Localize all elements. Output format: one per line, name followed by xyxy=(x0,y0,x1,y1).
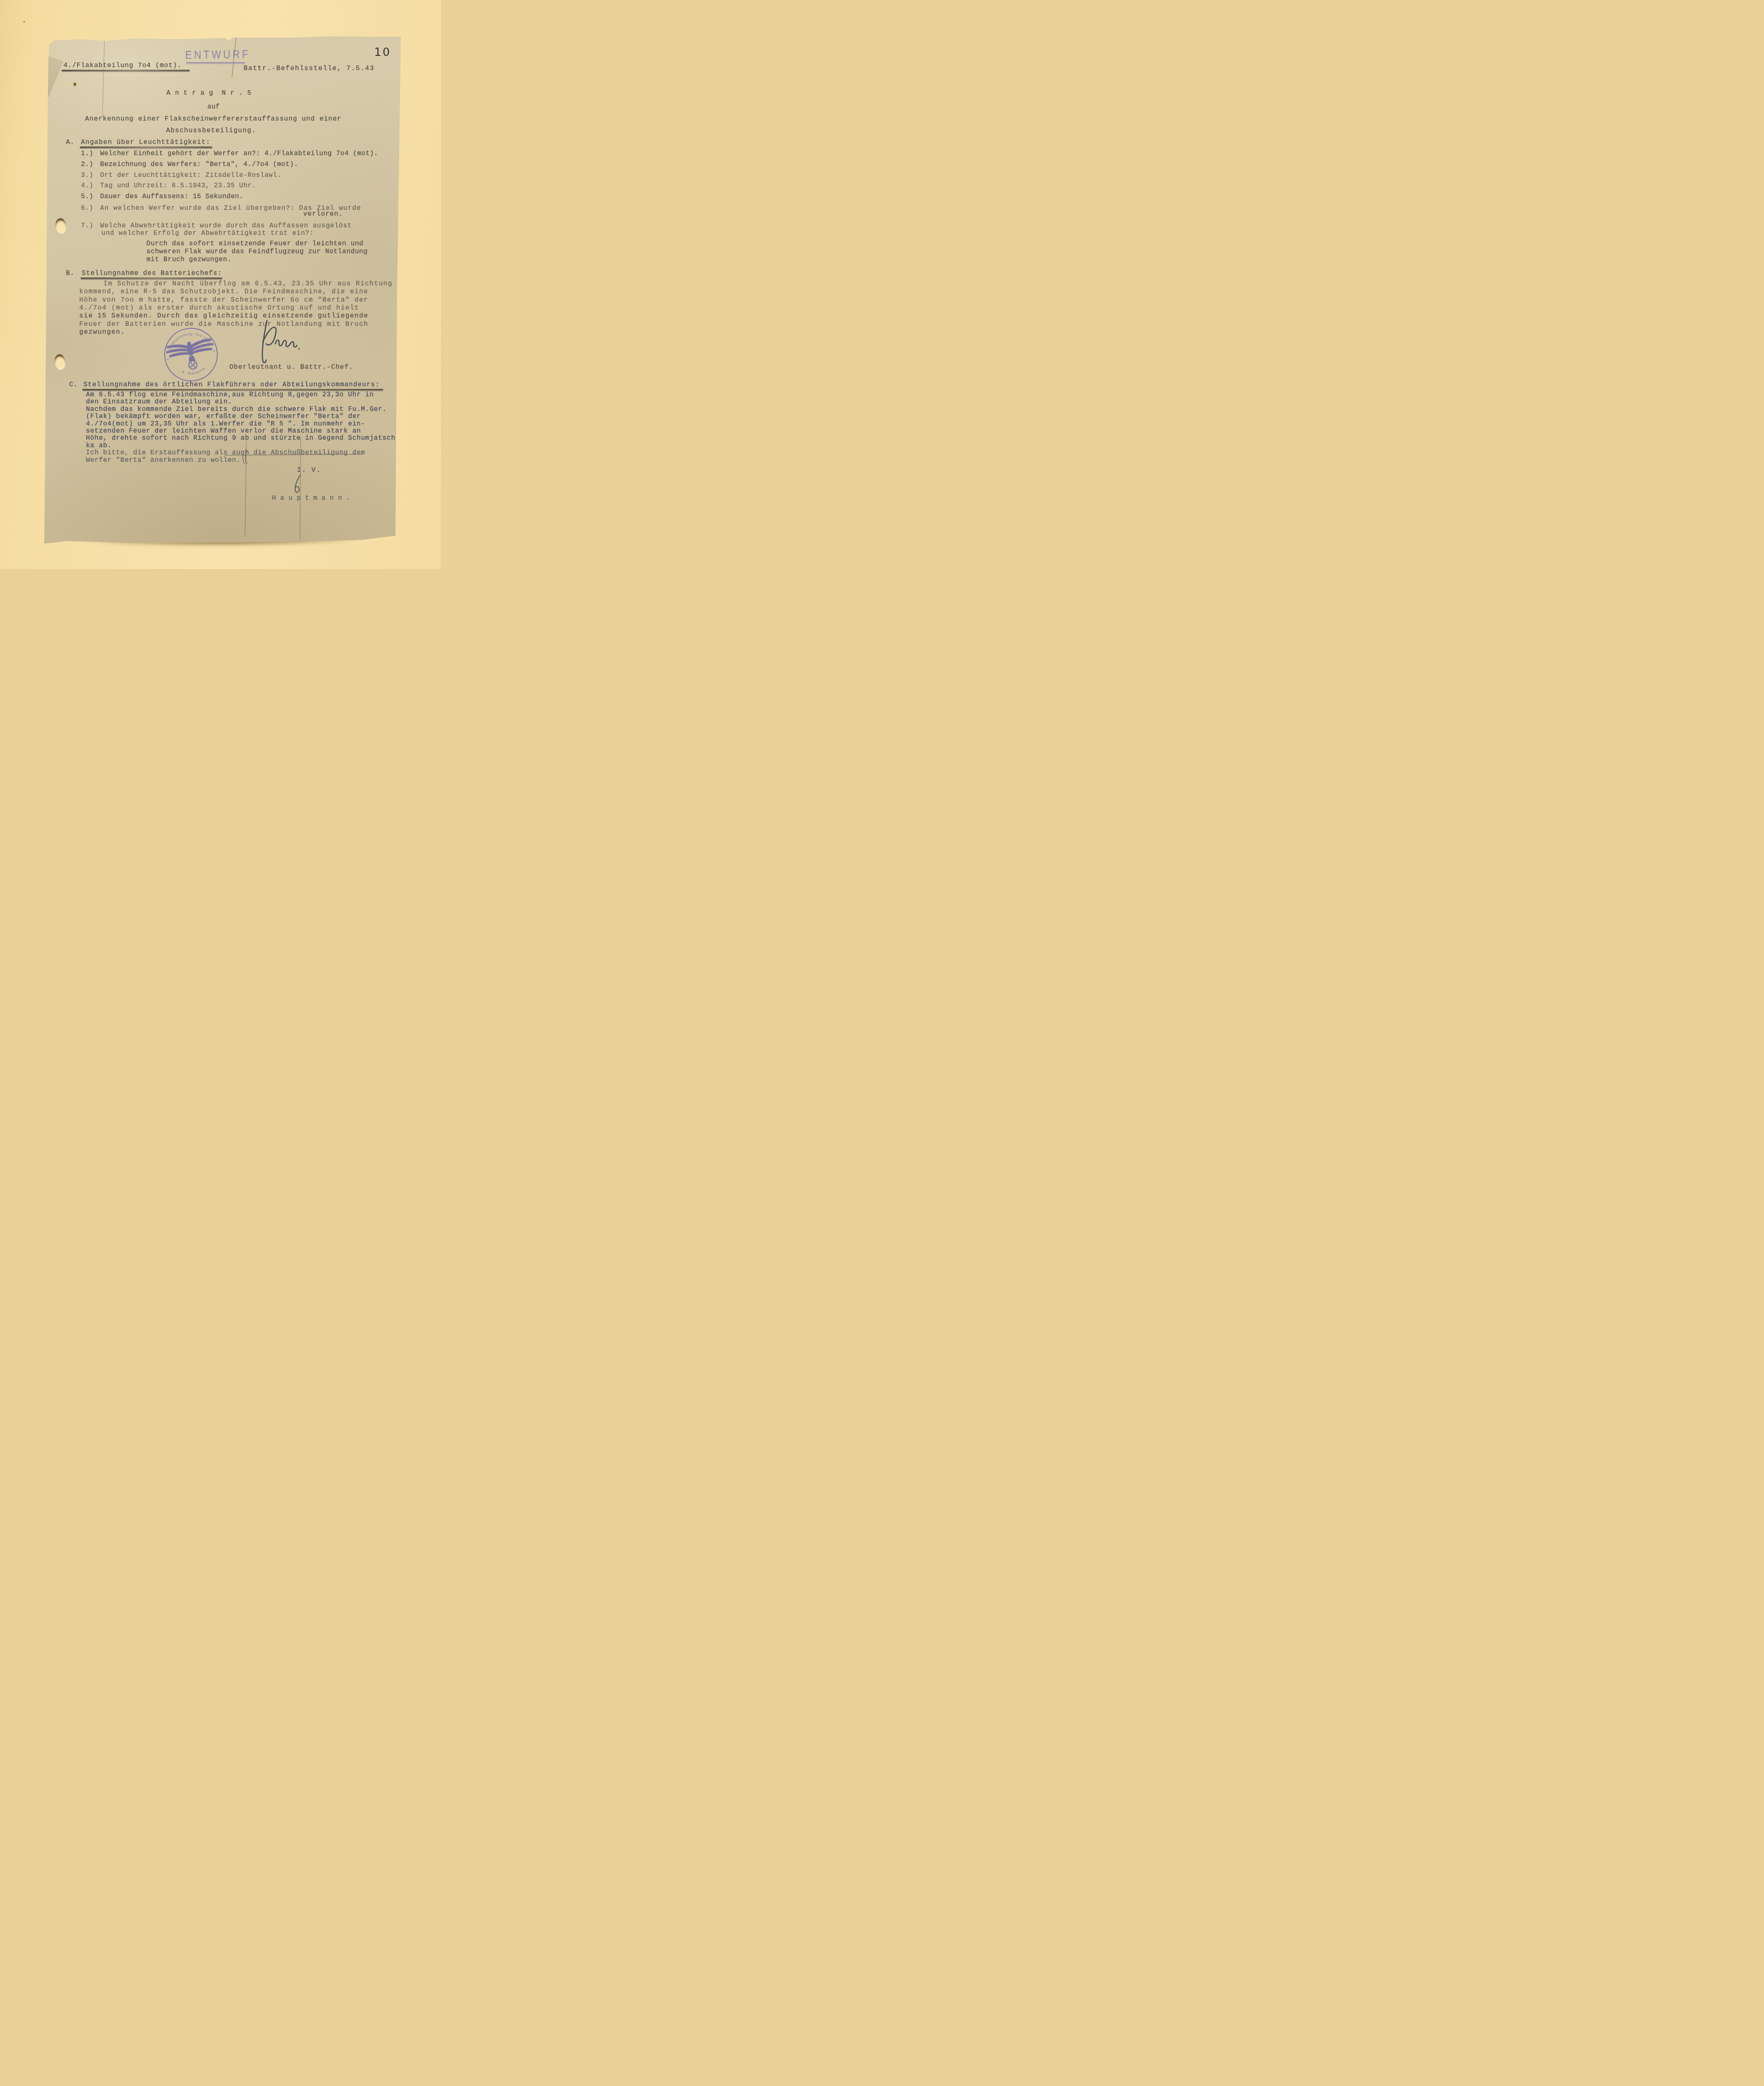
title-line1: A n t r a g N r . 5 xyxy=(166,90,252,97)
title-line2: auf xyxy=(207,103,220,111)
handwritten-paraph xyxy=(241,451,250,465)
item-6-text2: verloren. xyxy=(303,211,343,218)
draft-stamp-underline xyxy=(186,62,245,63)
c-line-3: Nachdem das kommende Ziel bereits durch … xyxy=(86,406,387,413)
section-c-letter: C. xyxy=(69,381,78,388)
c-line-1: Am 6.5.43 flog eine Feindmaschine,aus Ri… xyxy=(86,391,374,398)
section-b-letter: B. xyxy=(66,270,74,277)
iv-label: I. V. xyxy=(297,467,321,474)
punch-hole-bottom xyxy=(54,353,67,370)
ink-stain xyxy=(73,83,76,86)
seal-star-right: ★ xyxy=(213,350,216,353)
iv-signature-flourish xyxy=(288,474,309,495)
item-4-text: Tag und Uhrzeit: 6.5.1943, 23.35 Uhr. xyxy=(100,182,256,189)
b-line-5: sie 15 Sekunden. Durch das gleichzeitig … xyxy=(79,312,368,320)
item-2-text: Bezeichnung des Werfers: "Berta", 4./7o4… xyxy=(100,161,298,168)
section-a-underline xyxy=(80,146,212,148)
corner-fold xyxy=(45,53,65,103)
title-line4: Abschussbeteiligung. xyxy=(166,127,256,134)
b-line-4: 4./7o4 (mot) als erster durch akustische… xyxy=(79,305,359,312)
section-c-heading: Stellungnahme des örtlichen Flakführers … xyxy=(83,381,380,388)
page-number: 10 xyxy=(374,46,391,59)
b-line-7: gezwungen. xyxy=(79,329,125,336)
section-b-underline xyxy=(81,277,222,279)
backdrop-speck xyxy=(23,21,25,23)
header-unit-underline xyxy=(61,70,190,71)
scan-backdrop: ENTWURF 10 4./Flakabteilung 7o4 (mot). B… xyxy=(0,0,441,569)
c-line-2: den Einsatzraum der Abteilung ein. xyxy=(86,398,232,406)
item-3-text: Ort der Leuchttätigkeit: Zitadelle-Rosla… xyxy=(100,172,281,179)
item-7-num: 7.) xyxy=(81,222,93,229)
c-line-4: (Flak) bekämpft worden war, erfaßte der … xyxy=(86,413,361,420)
item-5-text: Dauer des Auffassens: 15 Sekunden. xyxy=(100,193,243,200)
draft-stamp-text: ENTWURF xyxy=(185,48,250,62)
header-place-date: Battr.-Befehlsstelle, 7.5.43 xyxy=(244,65,375,72)
unit-seal-stamp: I./Flakabteilung 704 (mot) 4. Batterie ★… xyxy=(156,320,226,390)
item-1-num: 1.) xyxy=(81,150,93,157)
b-line-6: Feuer der Batterien wurde die Maschine z… xyxy=(79,321,368,328)
item-2-num: 2.) xyxy=(81,161,93,168)
answer-line-3: mit Bruch gezwungen. xyxy=(146,256,232,263)
c-line-8: ka ab. xyxy=(86,442,112,449)
c-signature-role: H a u p t m a n n . xyxy=(272,495,350,502)
b-line-2: kommend, eine R-5 das Schutzobjekt. Die … xyxy=(79,288,368,295)
b-line-1: Im Schutze der Nacht überflog am 6.5.43,… xyxy=(103,280,402,287)
battery-chief-signature xyxy=(249,318,315,366)
item-7-text2: und welcher Erfolg der Abwehrtätigkeit t… xyxy=(101,230,314,237)
answer-line-1: Durch das sofort einsetzende Feuer der l… xyxy=(146,240,363,247)
header-unit: 4./Flakabteilung 7o4 (mot). xyxy=(63,62,182,69)
section-c-underline xyxy=(82,389,383,390)
c-line-10: Werfer "Berta" anerkennen zu wollen. xyxy=(86,457,241,464)
document-page: ENTWURF 10 4./Flakabteilung 7o4 (mot). B… xyxy=(0,0,441,569)
item-6-num: 6.) xyxy=(81,205,93,212)
paper-crease xyxy=(102,38,105,118)
item-1-text: Welcher Einheit gehört der Werfer an?: 4… xyxy=(100,150,378,157)
c-line-5: 4./7o4(mot) um 23,35 Uhr als 1.Werfer di… xyxy=(86,421,365,428)
item-4-num: 4.) xyxy=(81,182,93,189)
seal-emblem-mark xyxy=(189,361,197,369)
c-line-7: Höhe, drehte sofort nach Richtung 9 ab u… xyxy=(86,435,395,442)
signature-period xyxy=(298,348,300,350)
title-line3: Anerkennung einer Flakscheinwerfererstau… xyxy=(85,116,342,123)
item-5-num: 5.) xyxy=(81,193,93,200)
b-line-3: Höhe von 7oo m hatte, fasste der Scheinw… xyxy=(79,297,368,304)
item-3-num: 3.) xyxy=(81,172,93,179)
item-7-text: Welche Abwehrtätigkeit wurde durch das A… xyxy=(100,222,352,229)
section-b-heading: Stellungnahme des Batteriechefs: xyxy=(82,270,222,277)
answer-line-2: schweren Flak wurde das Feindflugzeug zu… xyxy=(146,248,367,255)
c-line-6: setzenden Feuer der leichten Waffen verl… xyxy=(86,428,361,435)
section-a-letter: A. xyxy=(66,139,74,146)
section-a-heading: Angaben über Leuchttätigkeit: xyxy=(81,139,210,146)
punch-hole-top xyxy=(55,217,68,234)
seal-star-left: ★ xyxy=(166,358,169,361)
